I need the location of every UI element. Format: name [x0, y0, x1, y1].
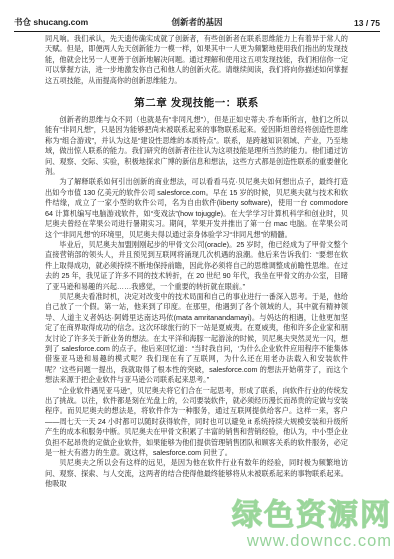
paragraph: 贝尼奥夫之所以会有这样的远见，是因为他在软件行业有数年的经验，同时极为频繁地访问…	[45, 458, 348, 489]
paragraph: “企业软件遇见亚马逊”，贝尼奥夫将它们合在一起思考，形成了联系，向软件行业的传统…	[45, 386, 348, 459]
site-watermark: 绿色资源网 www.downcc.com	[232, 501, 392, 550]
watermark-site-url: www.downcc.com	[232, 533, 392, 550]
paragraph: 毕业后，贝尼奥夫加盟刚刚起步的甲骨文公司(oracle)。25 岁时，他已经成为…	[45, 240, 348, 292]
paragraph-continuation: 同凡响。我们承认，先天遗传确实成就了创新者，有些创新者在联系思维能力上有着异于常…	[45, 34, 348, 86]
document-page: 书仓 shucang.com 创新者的基因 13 / 75 同凡响。我们承认，先…	[0, 0, 394, 559]
paragraph: 贝尼奥夫看准时机，决定对改变中的技术局面和自己的事业进行一番深入思考。于是，他给…	[45, 292, 348, 386]
paragraph: 创新者的思维与众不同（也就是有“非同凡想”），但是正如史蒂夫·乔布斯所言，他们之…	[45, 115, 348, 177]
page-body: 同凡响。我们承认，先天遗传确实成就了创新者，有些创新者在联系思维能力上有着异于常…	[45, 34, 348, 490]
page-header: 书仓 shucang.com 创新者的基因 13 / 75	[14, 8, 380, 32]
header-doc-title: 创新者的基因	[136, 16, 258, 28]
header-page-indicator: 13 / 75	[258, 18, 380, 28]
paragraph: 为了解释联系如何引出创新的商业想法，可以看看马克·贝尼奥夫如何想出点子，最终打造…	[45, 177, 348, 239]
watermark-site-name: 绿色资源网	[232, 501, 392, 531]
header-site-name: 书仓 shucang.com	[14, 16, 136, 28]
chapter-heading: 第二章 发现技能一：联系	[45, 96, 348, 110]
